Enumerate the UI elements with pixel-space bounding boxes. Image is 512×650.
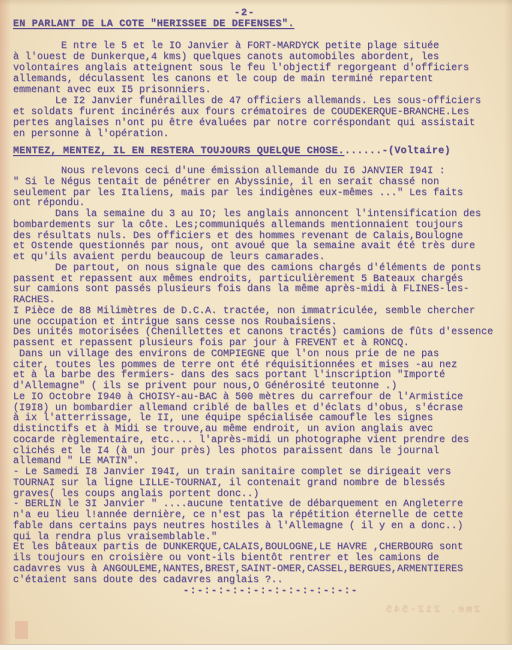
heading-2-attribution: ......-(Voltaire) [344,146,450,157]
separator-line: -:-:-:-:-:-:-:-:-:-:-:-:- [183,586,358,597]
page-number: -2- [234,8,255,19]
scan-artifact [15,621,28,639]
section-body-2: Nous relevons ceci d'une émission allema… [13,167,507,586]
section-heading-2: MENTEZ, MENTEZ, IL EN RESTERA TOUJOURS Q… [13,146,451,157]
section-body-1: E ntre le 5 et le IO Janvier à FORT-MARD… [13,41,507,140]
heading-2-text: MENTEZ, MENTEZ, IL EN RESTERA TOUJOURS Q… [13,146,344,157]
ink-bleed-through-mark: 2me. 212-545 [360,605,480,616]
scan-edge-bottom [0,644,512,650]
document-page: -2- EN PARLANT DE LA COTE "HERISSEE DE D… [0,0,512,650]
section-heading-1: EN PARLANT DE LA COTE "HERISSEE DE DEFEN… [13,19,294,30]
